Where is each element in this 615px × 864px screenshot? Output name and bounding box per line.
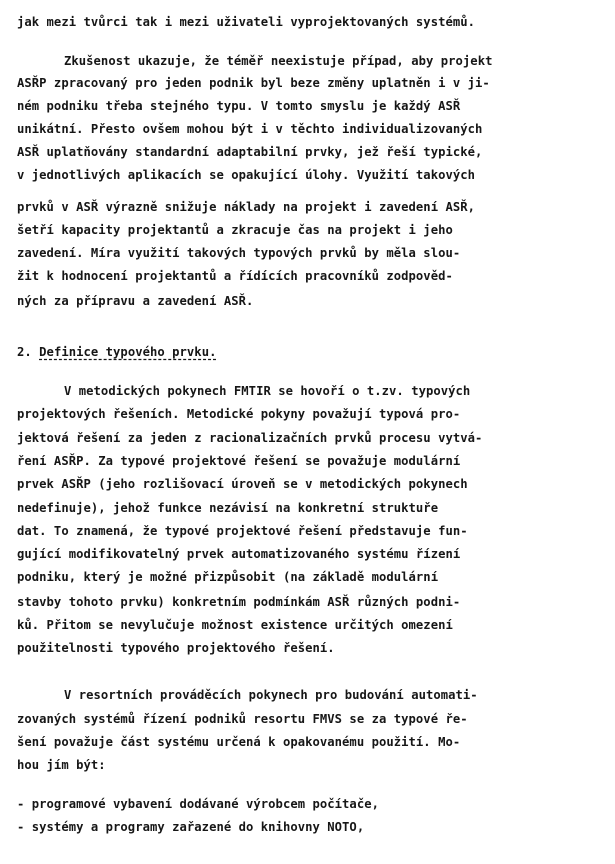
text-line: ném podniku třeba stejného typu. V tomto…: [17, 98, 460, 114]
text-line: ASŘ uplatňovány standardní adaptabilní p…: [17, 144, 482, 160]
list-item: - systémy a programy zařazené do knihovn…: [17, 819, 364, 835]
text-line: dat. To znamená, že typové projektové ře…: [17, 523, 468, 539]
text-line: prvek ASŘP (jeho rozlišovací úroveň se v…: [17, 476, 468, 492]
text-line: podniku, který je možné přizpůsobit (na …: [17, 569, 438, 585]
text-line: zovaných systémů řízení podniků resortu …: [17, 711, 468, 727]
paragraph-start-line: V metodických pokynech FMTIR se hovoří o…: [64, 383, 470, 399]
section-number: 2.: [17, 345, 32, 359]
document-page: jak mezi tvůrci tak i mezi uživateli vyp…: [0, 0, 615, 864]
text-line: ASŘP zpracovaný pro jeden podnik byl bez…: [17, 75, 490, 91]
text-line: nedefinuje), jehož funkce nezávisí na ko…: [17, 500, 438, 516]
text-line: gující modifikovatelný prvek automatizov…: [17, 546, 460, 562]
section-heading: 2. Definice typového prvku.: [17, 344, 216, 360]
section-title: Definice typového prvku.: [39, 345, 216, 359]
text-line: jak mezi tvůrci tak i mezi uživateli vyp…: [17, 14, 475, 30]
text-line: stavby tohoto prvku) konkretním podmínká…: [17, 594, 460, 610]
text-line: šetří kapacity projektantů a zkracuje ča…: [17, 222, 453, 238]
text-line: žit k hodnocení projektantů a řídících p…: [17, 268, 453, 284]
text-line: prvků v ASŘ výrazně snižuje náklady na p…: [17, 199, 475, 215]
paragraph-start-line: Zkušenost ukazuje, že téměř neexistuje p…: [64, 53, 492, 69]
text-line: projektových řešeních. Metodické pokyny …: [17, 406, 460, 422]
list-item: - programové vybavení dodávané výrobcem …: [17, 796, 379, 812]
text-line: v jednotlivých aplikacích se opakující ú…: [17, 167, 475, 183]
paragraph-start-line: V resortních prováděcích pokynech pro bu…: [64, 687, 478, 703]
text-line: použitelnosti typového projektového řeše…: [17, 640, 335, 656]
text-line: ření ASŘP. Za typové projektové řešení s…: [17, 453, 460, 469]
text-line: unikátní. Přesto ovšem mohou být i v těc…: [17, 121, 482, 137]
text-line: hou jím být:: [17, 757, 106, 773]
text-line: šení považuje část systému určená k opak…: [17, 734, 460, 750]
text-line: jektová řešení za jeden z racionalizační…: [17, 430, 482, 446]
text-line: ků. Přitom se nevylučuje možnost existen…: [17, 617, 453, 633]
text-line: zavedení. Míra využití takových typových…: [17, 245, 460, 261]
text-line: ných za přípravu a zavedení ASŘ.: [17, 293, 253, 309]
